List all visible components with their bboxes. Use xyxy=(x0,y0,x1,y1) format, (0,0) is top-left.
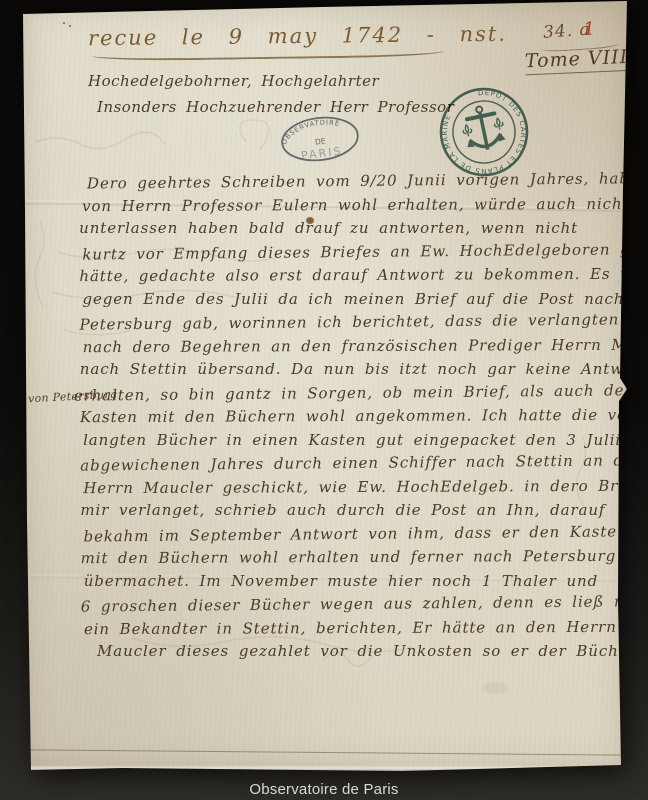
manuscript-line: Herrn Maucler geschickt, wie Ew. HochEde… xyxy=(83,474,618,500)
manuscript-line: übermachet. Im November muste hier noch … xyxy=(84,569,619,593)
salutation-line-1: Hochedelgebohrner, Hochgelahrter xyxy=(88,68,454,94)
fleur-de-lis-left-icon xyxy=(462,124,473,137)
manuscript-line: bekahm im September Antwort von ihm, das… xyxy=(83,520,618,549)
letter-page: recue le 9 may 1742 - nst. 34. a1 Tome V… xyxy=(22,0,628,772)
letter-body: Dero geehrtes Schreiben vom 9/20 Junii v… xyxy=(79,169,619,665)
volume-annotation: Tome VIII. xyxy=(525,46,636,76)
oval-stamp-text-middle: DE xyxy=(315,136,327,146)
salutation-line-2: Insonders Hochzuehrender Herr Professor xyxy=(97,94,454,120)
manuscript-line: langten Bücher in einen Kasten gut einge… xyxy=(83,428,618,452)
manuscript-line: ein Bekandter in Stettin, berichten, Er … xyxy=(84,615,619,641)
caption: Observatoire de Paris xyxy=(0,781,648,798)
manuscript-line: mir verlanget, schrieb auch durch die Po… xyxy=(80,499,618,523)
letter-photo: recue le 9 may 1742 - nst. 34. a1 Tome V… xyxy=(0,0,648,800)
manuscript-line: kurtz vor Empfang dieses Briefes an Ew. … xyxy=(82,238,617,267)
observatoire-oval-stamp: OBSERVATOIRE DE PARIS xyxy=(273,107,367,171)
manuscript-line: mit den Büchern wohl erhalten und ferner… xyxy=(81,545,619,571)
folio-red-mark: 1 xyxy=(583,18,597,40)
manuscript-line: Maucler dieses gezahlet vor die Unkosten… xyxy=(97,640,619,663)
manuscript-line: nach Stettin übersand. Da nun bis itzt n… xyxy=(80,358,618,382)
manuscript-line: unterlassen haben bald drauf zu antworte… xyxy=(79,217,617,241)
oval-stamp-text-bottom: PARIS xyxy=(300,144,343,162)
manuscript-line: Kasten mit den Büchern wohl angekommen. … xyxy=(80,404,618,430)
manuscript-line: von Herrn Professor Eulern wohl erhalten… xyxy=(82,192,617,218)
received-date-annotation: recue le 9 may 1742 - nst. xyxy=(88,22,507,50)
archive-photo-background: recue le 9 may 1742 - nst. 34. a1 Tome V… xyxy=(0,0,648,800)
manuscript-line: erhalten, so bin gantz in Sorgen, ob mei… xyxy=(74,379,618,408)
folio-number: 34. a1 xyxy=(542,18,596,43)
manuscript-line: gegen Ende des Julii da ich meinen Brief… xyxy=(82,287,617,311)
salutation: Hochedelgebohrner, Hochgelahrter Insonde… xyxy=(88,68,454,120)
manuscript-line: hätte, gedachte also erst darauf Antwort… xyxy=(79,263,617,289)
manuscript-line: nach dero Begehren an den französischen … xyxy=(83,333,618,359)
fleur-de-lis-right-icon xyxy=(493,117,504,130)
